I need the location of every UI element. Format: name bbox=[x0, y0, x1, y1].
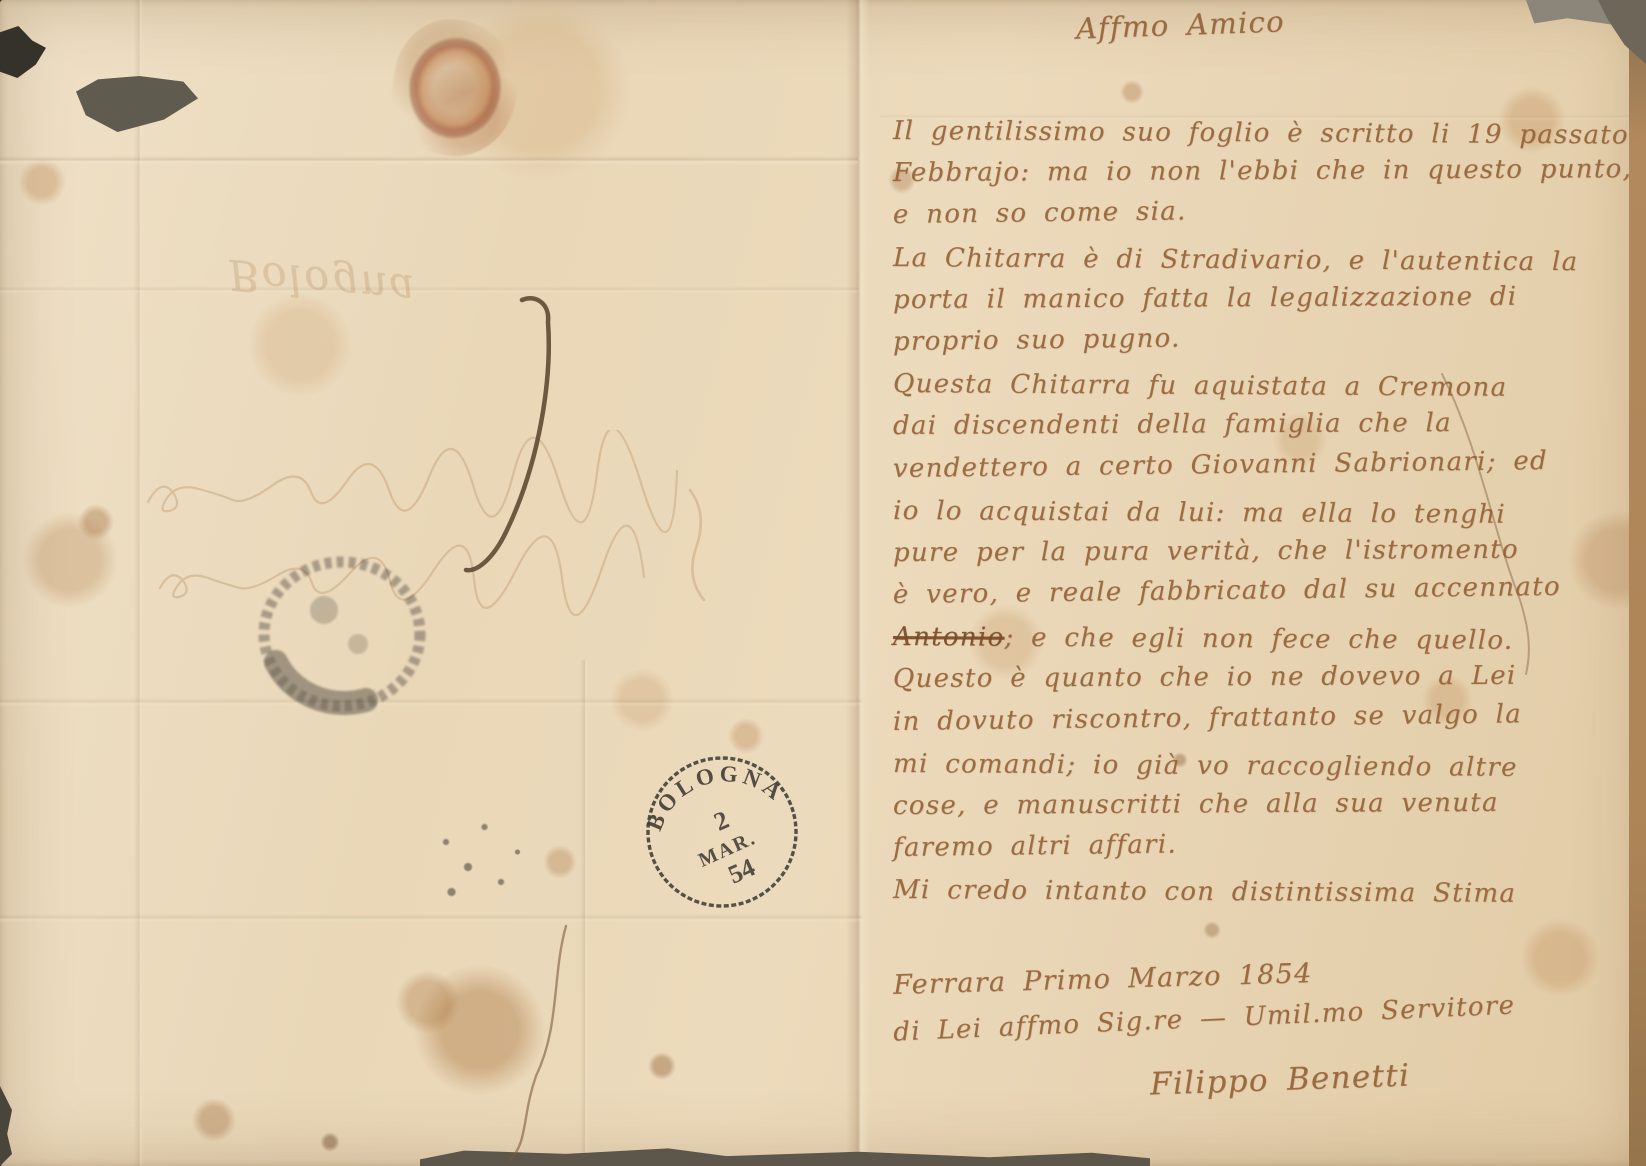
letter-line: faremo altri affari. bbox=[893, 824, 1641, 875]
letter-line: è vero, e reale fabbricato dal su accenn… bbox=[893, 571, 1641, 622]
stamp-speckle bbox=[424, 812, 534, 912]
letter-line: proprio suo pugno. bbox=[893, 318, 1641, 369]
letter-body: Il gentilissimo suo foglio è scritto li … bbox=[893, 116, 1641, 918]
letter-line: vendettero a certo Giovanni Sabrionari; … bbox=[893, 444, 1641, 495]
letter-salutation: Affmo Amico bbox=[1075, 4, 1285, 45]
struck-word: Antonio bbox=[893, 622, 1005, 653]
letter-line: Mi credo intanto con distintissima Stima bbox=[893, 875, 1641, 922]
ink-flourish bbox=[440, 282, 590, 602]
scanned-letter: Bologna BOLOGNA 2 MAR. 54 bbox=[0, 0, 1646, 1166]
letter-line: in dovuto riscontro, frattanto se valgo … bbox=[893, 697, 1641, 748]
struck-line-rest: ; e che egli non fece che quello. bbox=[1004, 623, 1513, 656]
faded-postmark bbox=[246, 552, 442, 718]
letter-line: e non so come sia. bbox=[893, 191, 1641, 242]
postmark-day: 2 bbox=[710, 805, 734, 837]
